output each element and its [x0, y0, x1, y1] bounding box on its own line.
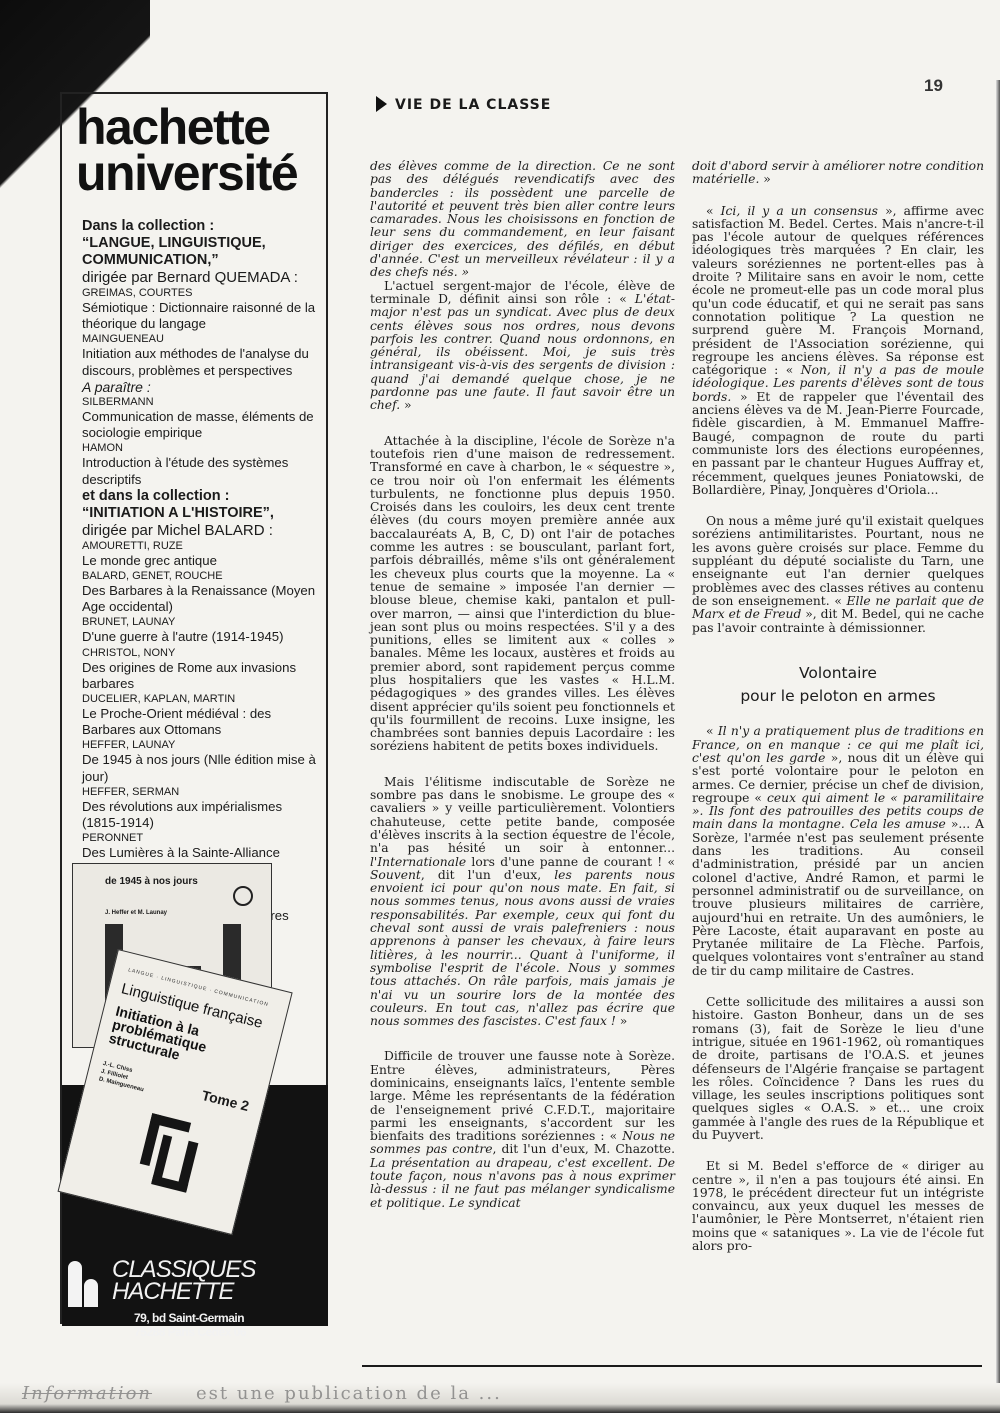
book-authors: HEFFER, LAUNAY — [82, 738, 320, 752]
body-text: , dit l'un d'eux, M. Chazotte. — [493, 1142, 675, 1156]
publisher-name: CLASSIQUES HACHETTE — [112, 1259, 255, 1303]
quote-text: L'état-major n'est pas un syndicat. Avec… — [370, 292, 675, 412]
footer-text: est une publication de la ... — [196, 1383, 502, 1404]
publisher-address: 79, bd Saint-Germain 75288 Paris Cedex 0… — [134, 1311, 246, 1339]
address-line2: 75288 Paris Cedex 06 — [134, 1325, 246, 1339]
collection2-director: dirigée par Michel BALARD : — [82, 522, 320, 539]
book1-title: de 1945 à nos jours — [105, 876, 198, 887]
article-paragraph: L'actuel sergent-major de l'école, élève… — [370, 280, 675, 413]
article-paragraph: Difficile de trouver une fausse note à S… — [370, 1050, 675, 1210]
article-paragraph: Et si M. Bedel s'efforce de « diriger au… — [692, 1160, 984, 1253]
quote-text: doit d'abord servir à améliorer notre co… — [692, 159, 984, 186]
article-subheading: Volontaire pour le peloton en armes — [692, 667, 984, 704]
book1-authors: J. Heffer et M. Launay — [105, 910, 167, 916]
book-authors: BALARD, GENET, ROUCHE — [82, 569, 320, 583]
book-authors: CHRISTOL, NONY — [82, 646, 320, 660]
ad-brand-title: hachette université — [62, 94, 326, 196]
hachette-advertisement: hachette université Dans la collection :… — [60, 92, 328, 1324]
article-paragraph: des élèves comme de la direction. Ce ne … — [370, 160, 675, 280]
book-authors: HEFFER, SERMAN — [82, 785, 320, 799]
book-authors: MAINGUENEAU — [82, 332, 320, 346]
article-paragraph: « Ici, il y a un consensus », affirme av… — [692, 205, 984, 498]
book2-authors: J.-L. Chiss J. Filliolet D. Maingueneau — [98, 1060, 148, 1094]
book-title: Introduction à l'étude des systèmes desc… — [82, 455, 320, 487]
body-text: Cette sollicitude des militaires a aussi… — [692, 995, 984, 1142]
quote-text: Ici, il y a un consensus — [721, 204, 878, 218]
body-text: », affirme avec satisfaction M. Bedel. C… — [692, 204, 984, 378]
address-line1: 79, bd Saint-Germain — [134, 1311, 244, 1325]
body-text: » Et de rappeler que l'éventail des anci… — [692, 390, 984, 497]
collection1-director: dirigée par Bernard QUEMADA : — [82, 269, 320, 286]
book-title: Des origines de Rome aux invasions barba… — [82, 660, 320, 692]
article-column-middle: des élèves comme de la direction. Ce ne … — [370, 160, 675, 1210]
section-rubric: VIE DE LA CLASSE — [376, 96, 551, 113]
collection1-name: “LANGUE, LINGUISTIQUE, COMMUNICATION,” — [82, 235, 320, 269]
book-authors: GREIMAS, COURTES — [82, 286, 320, 300]
body-text: Mais l'élitisme indiscutable de Sorèze n… — [370, 775, 675, 855]
book-title: De 1945 à nos jours (Nlle édition mise à… — [82, 752, 320, 784]
body-text: » — [400, 398, 411, 412]
collection2-header: et dans la collection : — [82, 488, 320, 505]
ad-brand-line2: université — [76, 150, 326, 196]
body-text: » — [759, 172, 770, 186]
body-text: Attachée à la discipline, l'école de Sor… — [370, 434, 675, 754]
collection1-header: Dans la collection : — [82, 218, 320, 235]
arrow-bullet-icon — [376, 96, 387, 112]
ad-book-covers: de 1945 à nos jours J. Heffer et M. Laun… — [62, 849, 328, 1326]
scan-page-edge — [996, 80, 1000, 1413]
collection2-name: “INITIATION A L'HISTOIRE”, — [82, 505, 320, 522]
classiques-hachette-logo-icon — [66, 1261, 106, 1309]
subheading-line1: Volontaire — [692, 667, 984, 680]
book-authors: AMOURETTI, RUZE — [82, 539, 320, 553]
ad-book-list: Dans la collection : “LANGUE, LINGUISTIQ… — [62, 196, 326, 924]
subheading-line2: pour le peloton en armes — [692, 690, 984, 703]
book-title: Le Proche-Orient médiéval : des Barbares… — [82, 706, 320, 738]
book-authors: HAMON — [82, 441, 320, 455]
publisher-line2: HACHETTE — [112, 1278, 233, 1305]
ad-brand-line1: hachette — [76, 104, 326, 150]
article-paragraph: Cette sollicitude des militaires a aussi… — [692, 996, 984, 1142]
article-paragraph: On nous a même juré qu'il existait quelq… — [692, 515, 984, 635]
book-title: Sémiotique : Dictionnaire raisonné de la… — [82, 300, 320, 332]
body-text: « — [706, 204, 721, 218]
quote-text: Souvent — [370, 868, 421, 882]
bottom-rule — [362, 1365, 982, 1367]
body-text: » — [616, 1014, 627, 1028]
article-column-right: doit d'abord servir à améliorer notre co… — [692, 160, 984, 1253]
book2-tome: Tome 2 — [200, 1087, 250, 1114]
body-text: , dit l'un d'eux, — [421, 868, 554, 882]
quote-text: des élèves comme de la direction. Ce ne … — [370, 159, 675, 279]
quote-text: l'Internationale — [370, 855, 466, 869]
book-title: Initiation aux méthodes de l'analyse du … — [82, 346, 320, 378]
article-paragraph: doit d'abord servir à améliorer notre co… — [692, 160, 984, 187]
article-paragraph: « Il n'y a pratiquement plus de traditio… — [692, 725, 984, 978]
quote-text: La présentation au drapeau, c'est excell… — [370, 1156, 675, 1210]
body-text: Et si M. Bedel s'efforce de « diriger au… — [692, 1159, 984, 1253]
forthcoming-label: A paraître : — [82, 379, 320, 395]
body-text: »... A Sorèze, l'armée n'est pas seuleme… — [692, 817, 984, 977]
footer-masthead: Informationest une publication de la ... — [22, 1383, 502, 1404]
article-paragraph: Mais l'élitisme indiscutable de Sorèze n… — [370, 776, 675, 1029]
rubric-label: VIE DE LA CLASSE — [395, 97, 551, 113]
book-authors: DUCELIER, KAPLAN, MARTIN — [82, 692, 320, 706]
book-title: Le monde grec antique — [82, 553, 320, 569]
quote-text: les parents nous envoient ici pour qu'on… — [370, 868, 675, 1028]
book-authors: BRUNET, LAUNAY — [82, 615, 320, 629]
page-number: 19 — [924, 76, 943, 96]
book-title: Des Barbares à la Renaissance (Moyen Age… — [82, 583, 320, 615]
circle-emblem-icon — [233, 886, 253, 906]
book-title: Communication de masse, éléments de soci… — [82, 409, 320, 441]
book-authors: PERONNET — [82, 831, 320, 845]
body-text: lors d'une panne de courant ! « — [466, 855, 675, 869]
footer-brand: Information — [22, 1383, 152, 1404]
book-title: Des révolutions aux impérialismes (1815-… — [82, 799, 320, 831]
book-title: D'une guerre à l'autre (1914-1945) — [82, 629, 320, 645]
body-text: L'actuel sergent-major de l'école, élève… — [370, 279, 675, 306]
body-text: « — [706, 724, 718, 738]
hu-logo-icon — [125, 1111, 203, 1203]
book-authors: SILBERMANN — [82, 395, 320, 409]
article-paragraph: Attachée à la discipline, l'école de Sor… — [370, 435, 675, 754]
